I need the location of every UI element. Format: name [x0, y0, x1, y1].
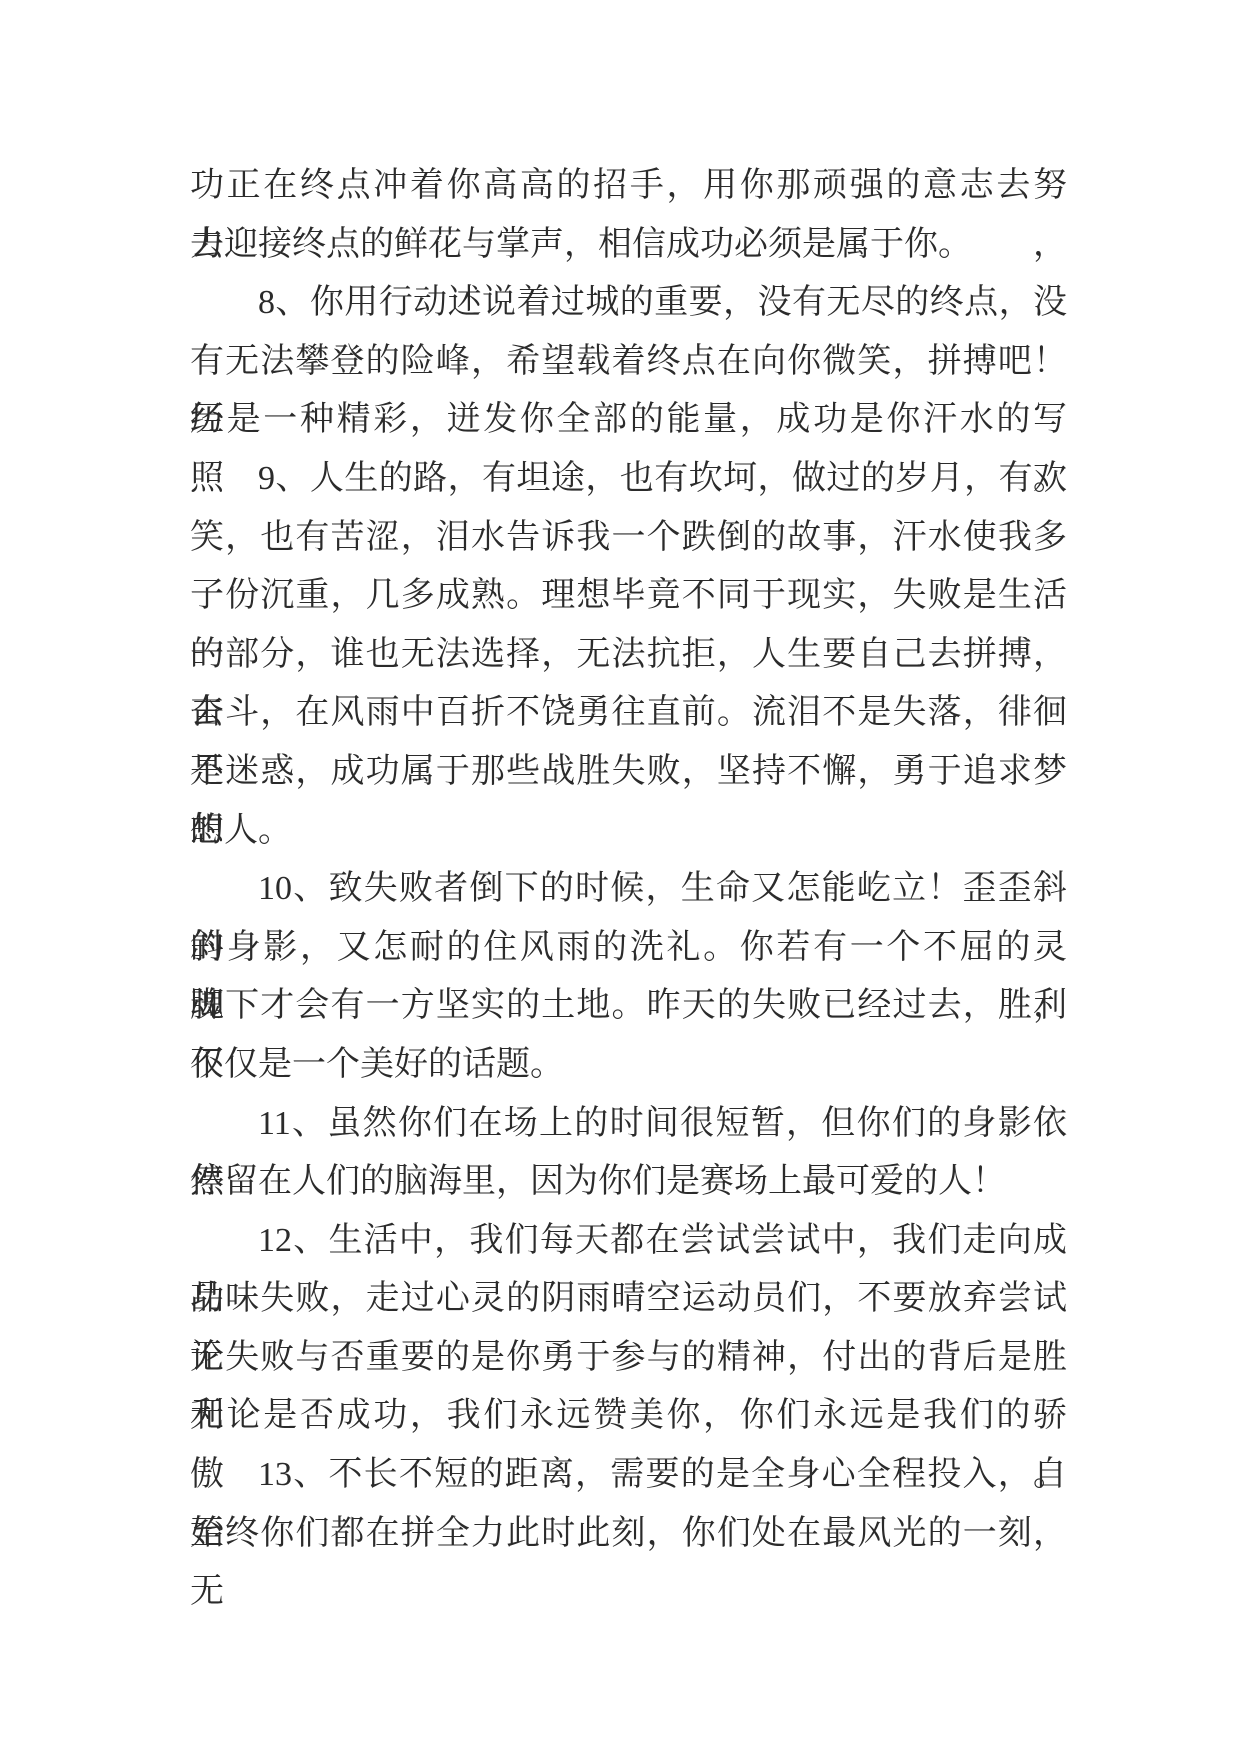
text-line: 停留在人们的脑海里，因为你们是赛场上最可爱的人！	[190, 1153, 1067, 1212]
text-line: 至终你们都在拼全力此时此刻，你们处在最风光的一刻，无	[190, 1505, 1067, 1564]
text-line: 去迎接终点的鲜花与掌声，相信成功必须是属于你。	[190, 216, 1067, 275]
text-line: 10、致失败者倒下的时候，生命又怎能屹立！歪歪斜斜	[190, 860, 1067, 919]
text-line: 的人。	[190, 802, 1067, 861]
text-line: 脚下才会有一方坚实的土地。昨天的失败已经过去，胜利不	[190, 977, 1067, 1036]
text-line: 笑，也有苦涩，泪水告诉我一个跌倒的故事，汗水使我多了	[190, 509, 1067, 568]
document-text-block: 功正在终点冲着你高高的招手，用你那顽强的意志去努力，去迎接终点的鲜花与掌声，相信…	[190, 157, 1067, 1563]
text-line: 论失败与否重要的是你勇于参与的精神，付出的背后是胜利	[190, 1329, 1067, 1388]
text-line: 一份沉重，几多成熟。理想毕竟不同于现实，失败是生活的	[190, 567, 1067, 626]
text-line: 仅仅是一个美好的话题。	[190, 1036, 1067, 1095]
text-line: 12、生活中，我们每天都在尝试尝试中，我们走向成功	[190, 1212, 1067, 1271]
text-line: 的身影，又怎耐的住风雨的洗礼。你若有一个不屈的灵魂，	[190, 919, 1067, 978]
text-line: 一部分，谁也无法选择，无法抗拒，人生要自己去拼搏，去	[190, 626, 1067, 685]
text-line: 13、不长不短的距离，需要的是全身心全程投入，自始	[190, 1446, 1067, 1505]
text-line: 品味失败，走过心灵的阴雨晴空运动员们，不要放弃尝试无	[190, 1270, 1067, 1329]
text-line: 功正在终点冲着你高高的招手，用你那顽强的意志去努力，	[190, 157, 1067, 216]
text-line: 有无法攀登的险峰，希望载着终点在向你微笑，拼搏吧！经	[190, 333, 1067, 392]
text-line: 是迷惑，成功属于那些战胜失败，坚持不懈，勇于追求梦想	[190, 743, 1067, 802]
text-line: 9、人生的路，有坦途，也有坎坷，做过的岁月，有欢	[190, 450, 1067, 509]
document-page: 功正在终点冲着你高高的招手，用你那顽强的意志去努力，去迎接终点的鲜花与掌声，相信…	[0, 0, 1241, 1754]
text-line: 历是一种精彩，迸发你全部的能量，成功是你汗水的写照。	[190, 391, 1067, 450]
text-line: 奋斗，在风雨中百折不饶勇往直前。流泪不是失落，徘徊不	[190, 684, 1067, 743]
text-line: 11、虽然你们在场上的时间很短暂，但你们的身影依然	[190, 1095, 1067, 1154]
text-line: 8、你用行动述说着过城的重要，没有无尽的终点，没	[190, 274, 1067, 333]
text-line: 无论是否成功，我们永远赞美你，你们永远是我们的骄傲。	[190, 1387, 1067, 1446]
